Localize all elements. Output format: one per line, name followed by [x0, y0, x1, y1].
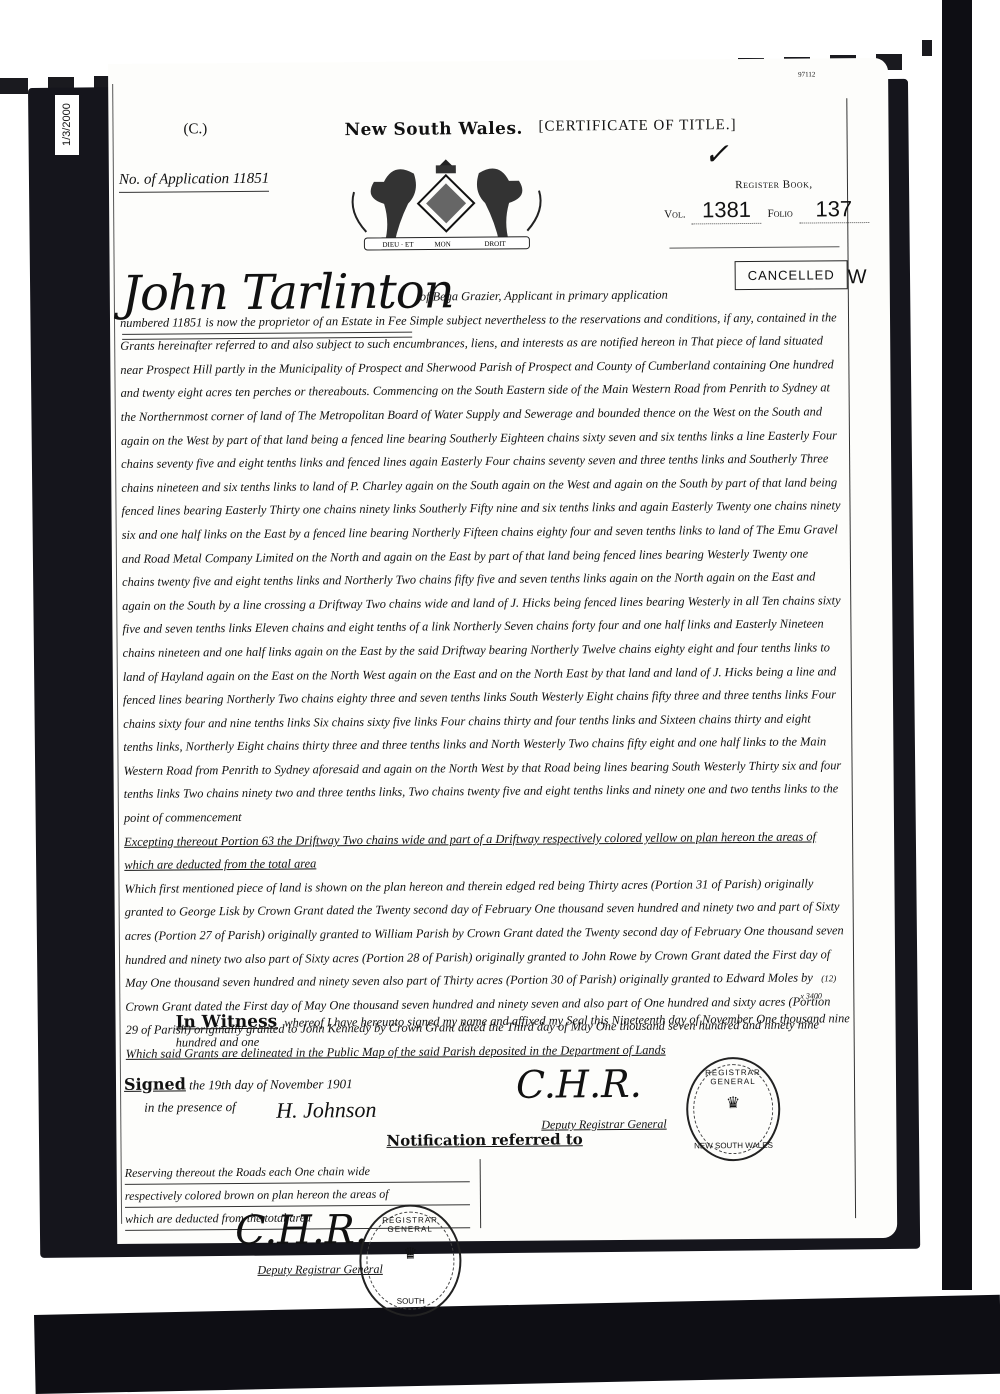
folio-label: Folio — [768, 208, 793, 220]
reservation-line: Reserving thereout the Roads each One ch… — [125, 1159, 470, 1185]
notification-heading: Notification referred to — [386, 1130, 582, 1150]
form-letter: (C.) — [183, 121, 207, 138]
svg-text:DIEU · ET: DIEU · ET — [382, 241, 414, 249]
application-number: No. of Application 11851 — [119, 171, 269, 193]
seal-bottom-text: NEW SOUTH WALES — [688, 1141, 778, 1151]
seal-bottom-text: SOUTH — [362, 1296, 460, 1306]
in-witness-heading: In Witness — [175, 1012, 277, 1033]
margin-note-ref: x 3400 — [800, 991, 822, 1000]
certificate-of-title: 97112 (C.) New South Wales. [CERTIFICATE… — [108, 58, 897, 1244]
register-book-label: Register Book, — [664, 178, 884, 192]
in-witness-clause: In Witness whereof I have hereunto signe… — [175, 1008, 855, 1052]
svg-text:DROIT: DROIT — [484, 240, 506, 248]
margin-mark: W — [848, 266, 867, 289]
jurisdiction-title: New South Wales. — [344, 119, 523, 140]
registrar-general-seal: REGISTRAR GENERAL ♛ NEW SOUTH WALES — [686, 1057, 781, 1162]
scan-right-edge — [942, 0, 972, 1290]
register-underline — [669, 246, 839, 248]
scan-date-label: 1/3/2000 — [55, 95, 79, 155]
presence-label: in the presence of — [124, 1099, 236, 1115]
reservation-line: respectively colored brown on plan hereo… — [125, 1182, 470, 1208]
form-number: 97112 — [798, 70, 815, 78]
registrar-signature-notification: C.H.R. — [235, 1207, 368, 1254]
exception-clause: Excepting thereout Portion 63 the Driftw… — [124, 825, 844, 878]
scan-bottom-edge — [34, 1295, 1000, 1394]
check-mark-icon: ✓ — [704, 137, 729, 172]
document-type: [CERTIFICATE OF TITLE.] — [538, 117, 736, 136]
register-book-reference: Register Book, Vol. 1381 Folio 137 — [664, 178, 884, 225]
folio-number: 137 — [799, 196, 869, 224]
crown-icon: ♛ — [688, 1093, 778, 1114]
crown-icon: ♛ — [361, 1243, 459, 1264]
title-description: of Bega Grazier, Applicant in primary ap… — [120, 282, 846, 1066]
signed-label: Signed — [124, 1074, 186, 1093]
signed-date: the 19th day of November 1901 — [189, 1076, 353, 1092]
volume-number: 1381 — [691, 197, 761, 225]
registrar-signature: C.H.R. — [516, 1062, 642, 1107]
land-description: numbered 11851 is now the proprietor of … — [120, 306, 844, 831]
svg-text:MON: MON — [434, 240, 450, 248]
royal-coat-of-arms-icon: DIEU · ET MON DROIT — [334, 150, 560, 252]
registrar-general-seal-notification: REGISTRAR GENERAL ♛ SOUTH — [359, 1204, 462, 1317]
margin-note: (12) — [821, 973, 836, 983]
witness-signature: H. Johnson — [276, 1097, 376, 1124]
seal-top-text: REGISTRAR GENERAL — [361, 1215, 459, 1234]
volume-label: Vol. — [664, 208, 685, 220]
seal-top-text: REGISTRAR GENERAL — [688, 1068, 778, 1087]
